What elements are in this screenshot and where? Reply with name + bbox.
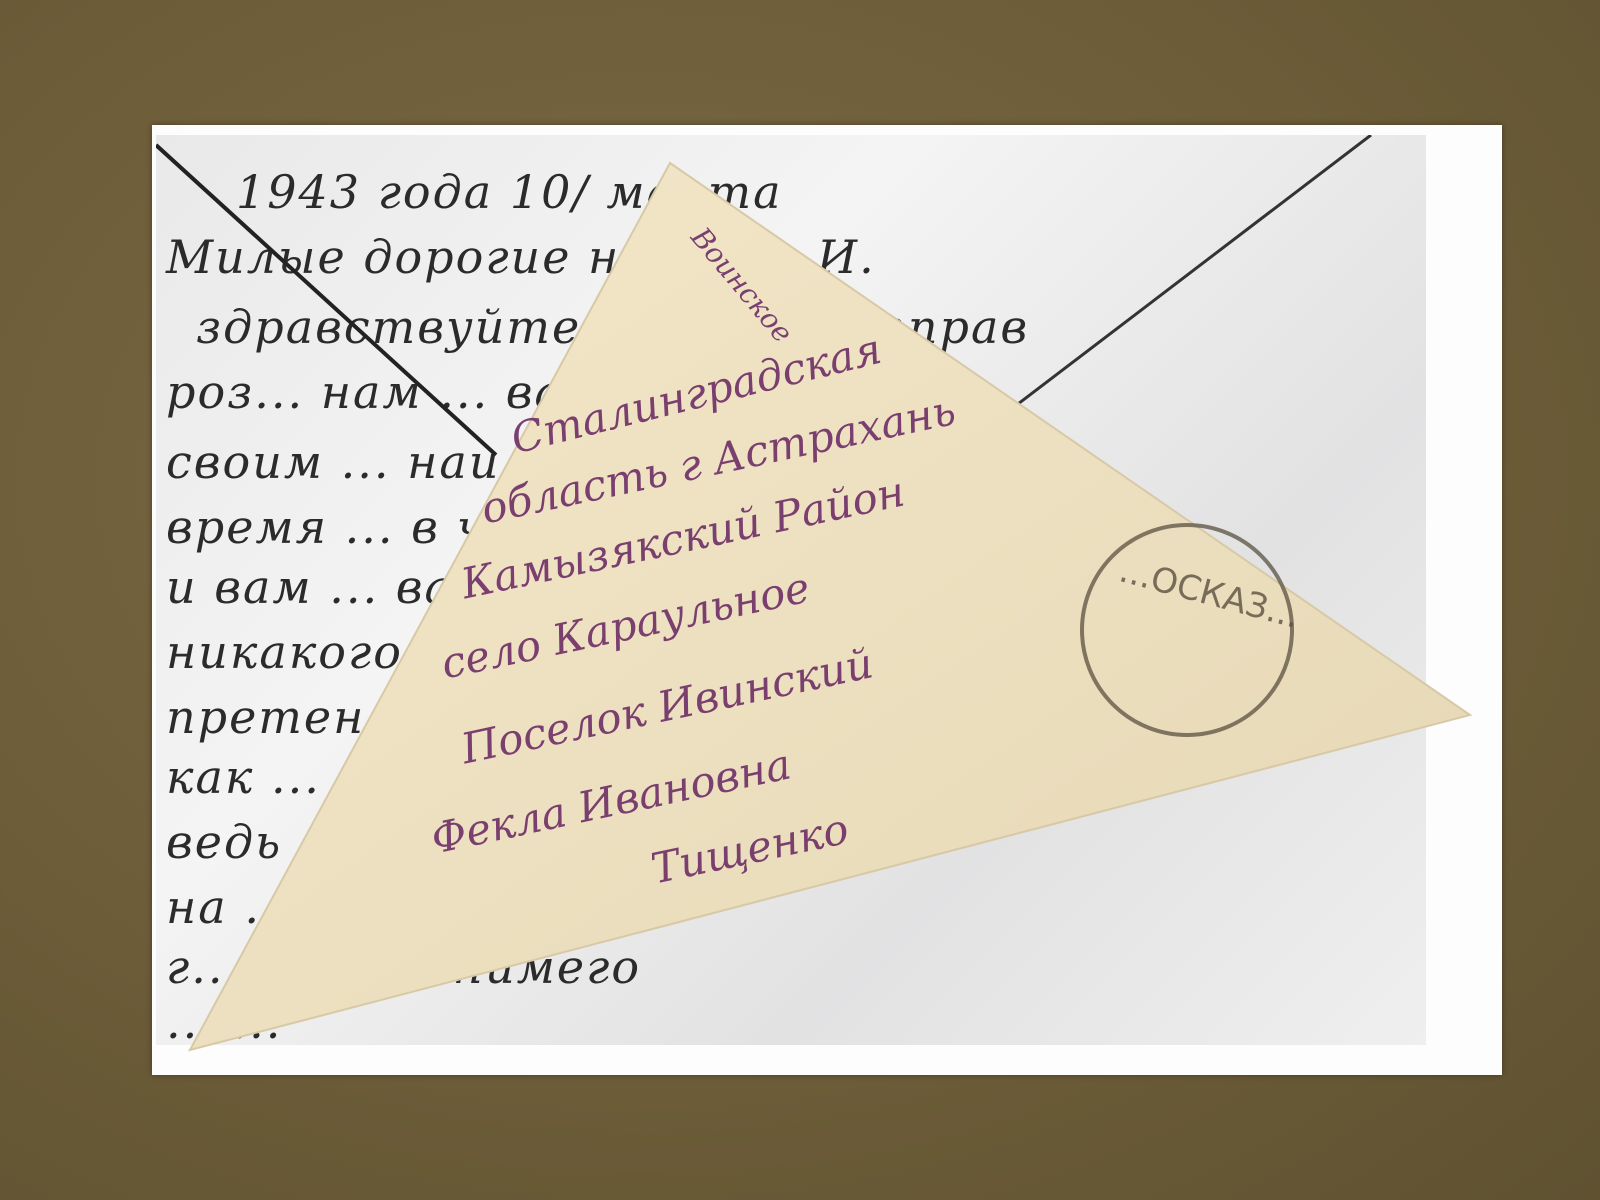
triangle-envelope: ...ОСКАЗ... (152, 125, 1502, 1075)
photo: 1943 года 10/ марта Милые дорогие наши Ф… (152, 125, 1502, 1075)
